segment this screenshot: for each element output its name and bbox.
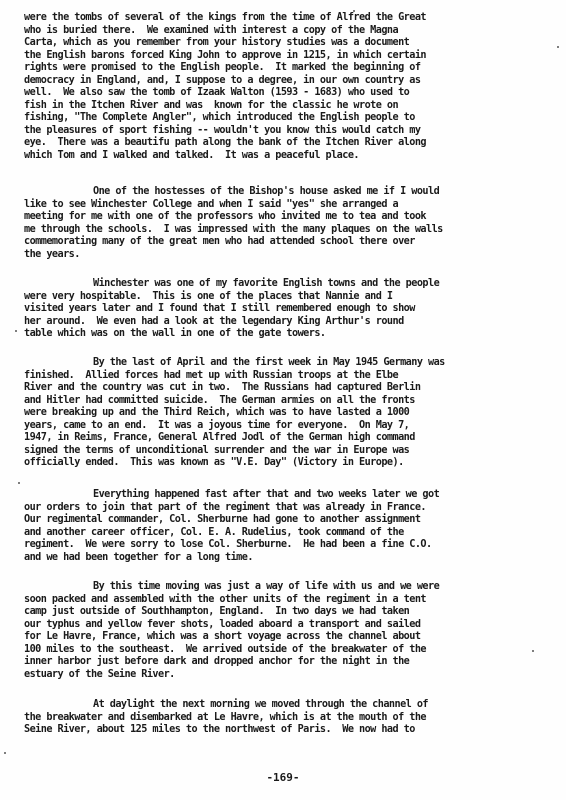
text-line: table which was on the wall in one of th… <box>24 328 554 340</box>
text-line: rights were promised to the English peop… <box>24 62 554 74</box>
text-line: 1947, in Reims, France, General Alfred J… <box>24 432 554 444</box>
text-line: 100 miles to the southeast. We arrived o… <box>24 644 554 656</box>
text-line: meeting for me with one of the professor… <box>24 211 554 223</box>
text-line: and we had been together for a long time… <box>24 552 554 564</box>
text-line: fishing, "The Complete Angler", which in… <box>24 112 554 124</box>
text-line: commemorating many of the great men who … <box>24 236 554 248</box>
text-line: were very hospitable. This is one of the… <box>24 291 554 303</box>
text-line: the breakwater and disembarked at Le Hav… <box>24 712 554 724</box>
text-line: years, came to an end. It was a joyous t… <box>24 420 554 432</box>
text-line: River and the country was cut in two. Th… <box>24 382 554 394</box>
text-line: fish in the Itchen River and was known f… <box>24 100 554 112</box>
scan-speck <box>353 10 355 12</box>
text-line: At daylight the next morning we moved th… <box>93 699 566 711</box>
text-line: regiment. We were sorry to lose Col. She… <box>24 539 554 551</box>
text-line: democracy in England, and, I suppose to … <box>24 75 554 87</box>
scan-speck <box>18 482 20 484</box>
text-line: By this time moving was just a way of li… <box>93 581 566 593</box>
text-line: me through the schools. I was impressed … <box>24 224 554 236</box>
text-line: like to see Winchester College and when … <box>24 199 554 211</box>
text-line: Carta, which as you remember from your h… <box>24 37 554 49</box>
text-line: and another career officer, Col. E. A. R… <box>24 527 554 539</box>
text-line: were the tombs of several of the kings f… <box>24 12 554 24</box>
text-line: the English barons forced King John to a… <box>24 50 554 62</box>
scan-speck <box>557 46 559 48</box>
text-line: soon packed and assembled with the other… <box>24 594 554 606</box>
text-line: signed the terms of unconditional surren… <box>24 445 554 457</box>
text-line: Seine River, about 125 miles to the nort… <box>24 724 554 736</box>
text-line: her around. We even had a look at the le… <box>24 316 554 328</box>
text-line: Winchester was one of my favorite Englis… <box>93 278 566 290</box>
page-number: -169- <box>0 771 566 784</box>
scan-speck <box>15 330 17 332</box>
scan-speck <box>4 752 6 754</box>
text-line: were breaking up and the Third Reich, wh… <box>24 407 554 419</box>
text-line: By the last of April and the first week … <box>93 357 566 369</box>
document-page: were the tombs of several of the kings f… <box>0 0 566 800</box>
text-line: our orders to join that part of the regi… <box>24 502 554 514</box>
text-line: inner harbor just before dark and droppe… <box>24 656 554 668</box>
text-line: eye. There was a beautifu path along the… <box>24 137 554 149</box>
text-line: camp just outside of Southhampton, Engla… <box>24 606 554 618</box>
text-line: the pleasures of sport fishing -- wouldn… <box>24 125 554 137</box>
text-line: which Tom and I walked and talked. It wa… <box>24 150 554 162</box>
text-line: visited years later and I found that I s… <box>24 303 554 315</box>
text-line: the years. <box>24 249 554 261</box>
text-line: Everything happened fast after that and … <box>93 489 566 501</box>
text-line: One of the hostesses of the Bishop's hou… <box>93 186 566 198</box>
text-line: who is buried there. We examined with in… <box>24 25 554 37</box>
text-line: Our regimental commander, Col. Sherburne… <box>24 514 554 526</box>
text-line: for Le Havre, France, which was a short … <box>24 631 554 643</box>
text-line: estuary of the Seine River. <box>24 669 554 681</box>
text-line: our typhus and yellow fever shots, loade… <box>24 619 554 631</box>
text-line: well. We also saw the tomb of Izaak Walt… <box>24 87 554 99</box>
scan-speck <box>532 650 534 652</box>
text-line: officially ended. This was known as "V.E… <box>24 457 554 469</box>
text-line: and Hitler had committed suicide. The Ge… <box>24 395 554 407</box>
text-line: finished. Allied forces had met up with … <box>24 370 554 382</box>
